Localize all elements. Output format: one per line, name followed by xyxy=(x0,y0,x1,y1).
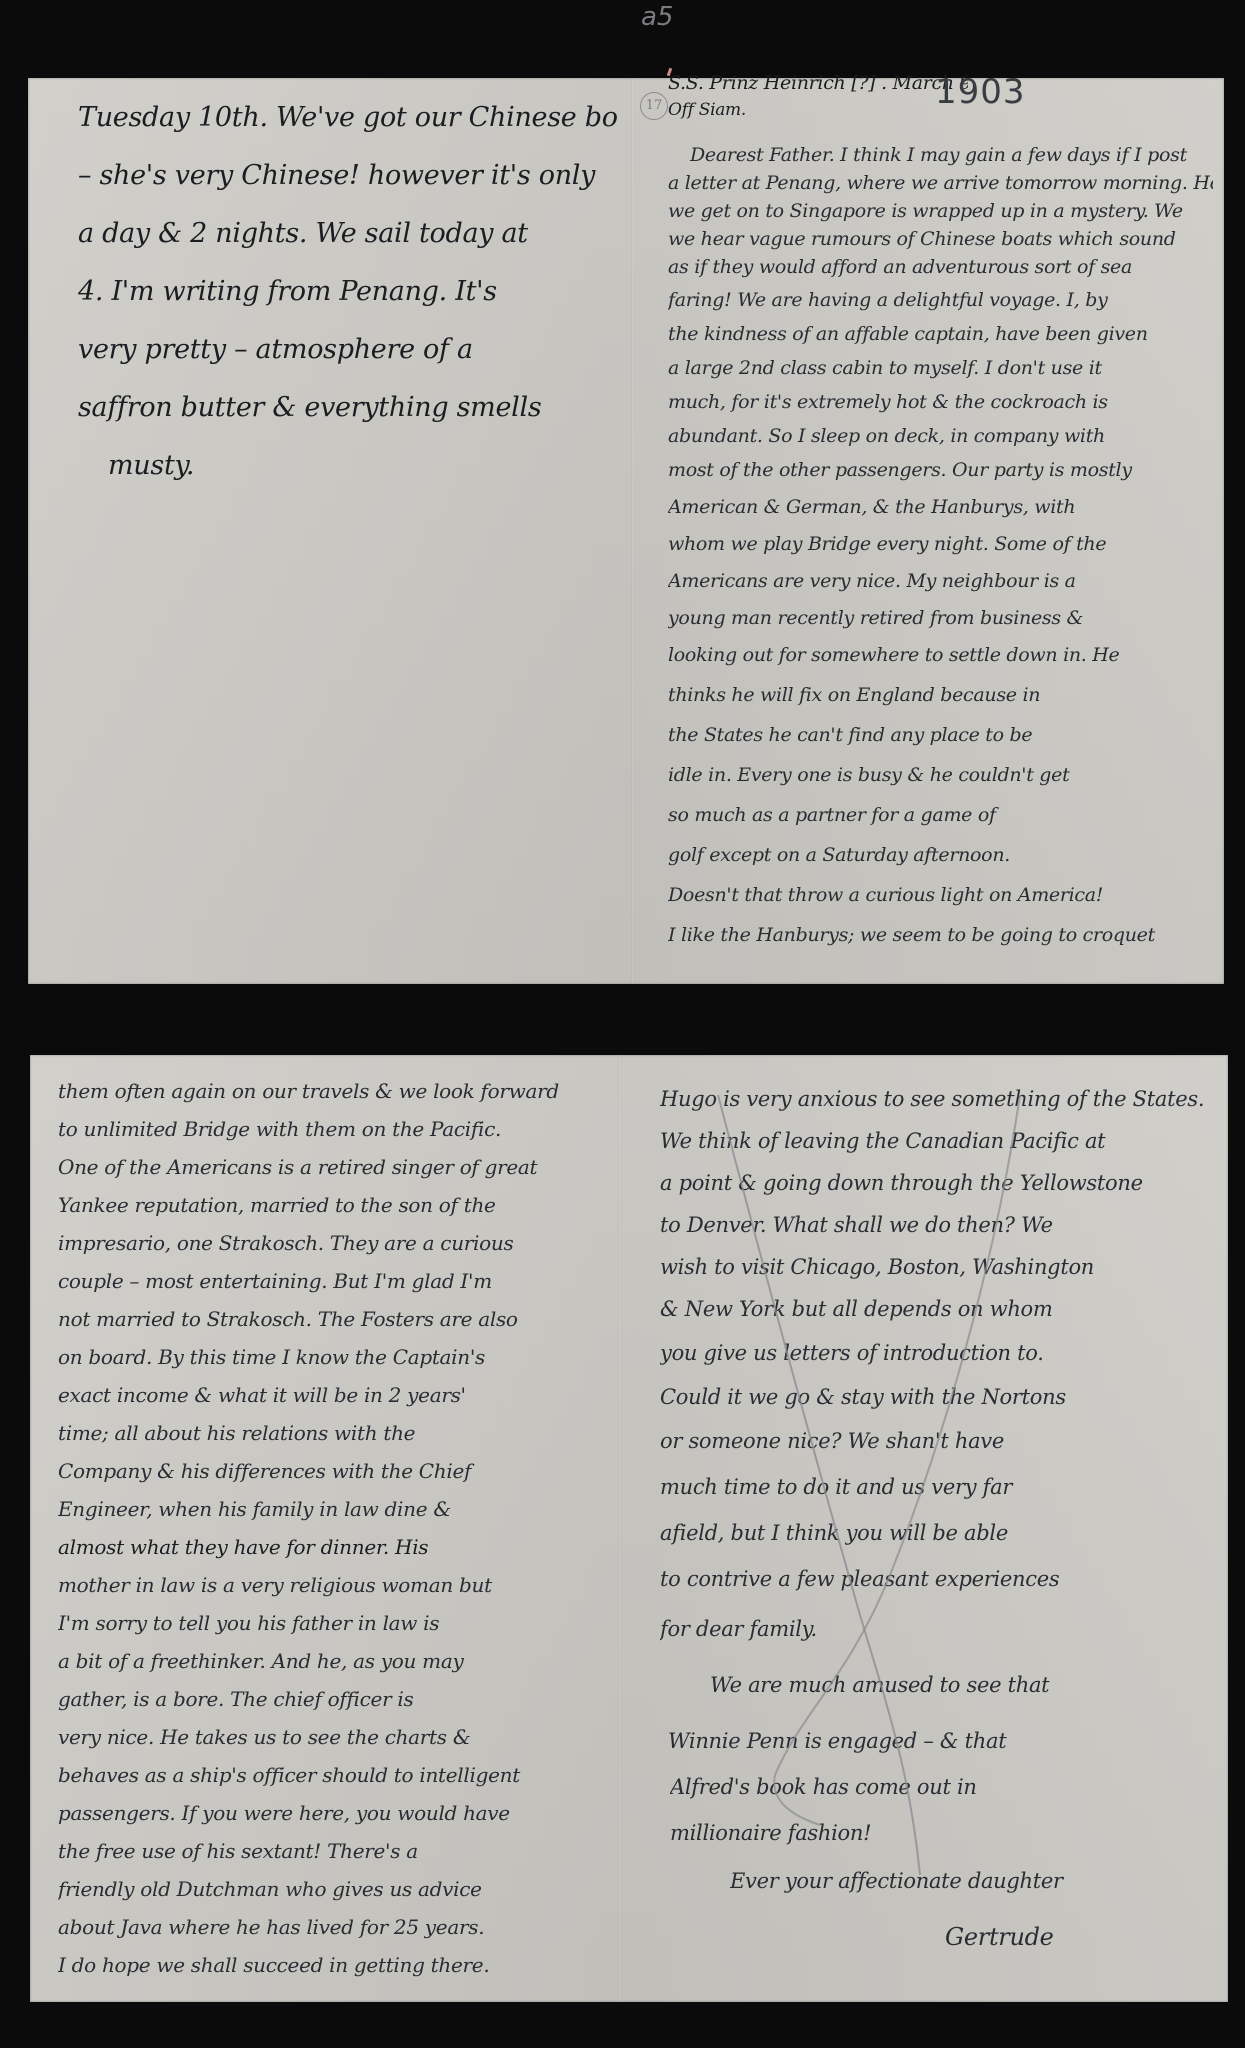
text-line: I'm sorry to tell you his father in law … xyxy=(58,1611,608,1635)
text-line: Could it we go & stay with the Nortons xyxy=(660,1385,1215,1409)
archive-folio-mark: a5 xyxy=(641,2,673,32)
text-line: exact income & what it will be in 2 year… xyxy=(58,1383,608,1407)
text-line: very pretty – atmosphere of a xyxy=(78,334,618,365)
text-line: we get on to Singapore is wrapped up in … xyxy=(668,200,1213,222)
text-line: as if they would afford an adventurous s… xyxy=(668,256,1213,278)
text-line: to contrive a few pleasant experiences xyxy=(660,1567,1215,1591)
text-line: One of the Americans is a retired singer… xyxy=(58,1155,608,1179)
text-line: idle in. Every one is busy & he couldn't… xyxy=(668,764,1213,786)
closing-line: Ever your affectionate daughter xyxy=(730,1869,1215,1893)
sheet-bottom: them often again on our travels & we loo… xyxy=(30,1055,1228,2002)
text-line: very nice. He takes us to see the charts… xyxy=(58,1725,608,1749)
text-line: Americans are very nice. My neighbour is… xyxy=(668,570,1213,592)
text-line: gather, is a bore. The chief officer is xyxy=(58,1687,608,1711)
text-line: not married to Strakosch. The Fosters ar… xyxy=(58,1307,608,1331)
text-line: mother in law is a very religious woman … xyxy=(58,1573,608,1597)
text-line: impresario, one Strakosch. They are a cu… xyxy=(58,1231,608,1255)
text-line: I like the Hanburys; we seem to be going… xyxy=(668,924,1213,946)
text-line: them often again on our travels & we loo… xyxy=(58,1079,608,1103)
text-line: the free use of his sextant! There's a xyxy=(58,1839,608,1863)
fold-line xyxy=(631,78,633,984)
text-line: young man recently retired from business… xyxy=(668,607,1213,629)
text-line: much, for it's extremely hot & the cockr… xyxy=(668,391,1213,413)
text-line: time; all about his relations with the xyxy=(58,1421,608,1445)
text-line: thinks he will fix on England because in xyxy=(668,684,1213,706)
text-line: or someone nice? We shan't have xyxy=(660,1429,1215,1453)
text-line: friendly old Dutchman who gives us advic… xyxy=(58,1877,608,1901)
text-line: about Java where he has lived for 25 yea… xyxy=(58,1915,608,1939)
text-line: musty. xyxy=(108,450,618,481)
sheet-top: Tuesday 10th. We've got our Chinese boat… xyxy=(28,78,1224,984)
text-line: Company & his differences with the Chief xyxy=(58,1459,608,1483)
text-line: I do hope we shall succeed in getting th… xyxy=(58,1953,608,1977)
text-line: saffron butter & everything smells xyxy=(78,392,618,423)
text-line: Yankee reputation, married to the son of… xyxy=(58,1193,608,1217)
text-line: 4. I'm writing from Penang. It's xyxy=(78,276,618,307)
text-line: almost what they have for dinner. His xyxy=(58,1535,608,1559)
page-top-left: Tuesday 10th. We've got our Chinese boat… xyxy=(78,78,618,984)
text-line: the kindness of an affable captain, have… xyxy=(668,323,1213,345)
text-line: you give us letters of introduction to. xyxy=(660,1341,1215,1365)
text-line: Winnie Penn is engaged – & that xyxy=(668,1729,1215,1753)
text-line: we hear vague rumours of Chinese boats w… xyxy=(668,228,1213,250)
page-top-right: S.S. Prinz Heinrich [?] . March 9 Off Si… xyxy=(668,78,1213,984)
text-line: Tuesday 10th. We've got our Chinese boat xyxy=(78,102,618,133)
text-line: couple – most entertaining. But I'm glad… xyxy=(58,1269,608,1293)
text-line: for dear family. xyxy=(660,1617,1215,1641)
text-line: American & German, & the Hanburys, with xyxy=(668,496,1213,518)
text-line: a day & 2 nights. We sail today at xyxy=(78,218,618,249)
page-bottom-right: Hugo is very anxious to see something of… xyxy=(660,1055,1215,2002)
text-line: much time to do it and us very far xyxy=(660,1475,1215,1499)
text-line: most of the other passengers. Our party … xyxy=(668,459,1213,481)
text-line: Dearest Father. I think I may gain a few… xyxy=(690,144,1213,166)
text-line: & New York but all depends on whom xyxy=(660,1297,1215,1321)
text-line: the States he can't find any place to be xyxy=(668,724,1213,746)
text-line: whom we play Bridge every night. Some of… xyxy=(668,533,1213,555)
text-line: Alfred's book has come out in xyxy=(670,1775,1215,1799)
text-line: abundant. So I sleep on deck, in company… xyxy=(668,425,1213,447)
ship-header: S.S. Prinz Heinrich [?] . March 9 xyxy=(668,72,968,94)
text-line: wish to visit Chicago, Boston, Washingto… xyxy=(660,1255,1215,1279)
text-line: faring! We are having a delightful voyag… xyxy=(668,289,1213,311)
text-line: behaves as a ship's officer should to in… xyxy=(58,1763,608,1787)
text-line: Engineer, when his family in law dine & xyxy=(58,1497,608,1521)
text-line: golf except on a Saturday afternoon. xyxy=(668,844,1213,866)
text-line: millionaire fashion! xyxy=(670,1821,1215,1845)
text-line: afield, but I think you will be able xyxy=(660,1521,1215,1545)
circled-page-number: 17 xyxy=(640,92,668,120)
text-line: to Denver. What shall we do then? We xyxy=(660,1213,1215,1237)
text-line: We are much amused to see that xyxy=(710,1673,1215,1697)
fold-line xyxy=(618,1055,620,2002)
text-line: We think of leaving the Canadian Pacific… xyxy=(660,1129,1215,1153)
letter-year: 1903 xyxy=(935,72,1026,112)
text-line: looking out for somewhere to settle down… xyxy=(668,644,1213,666)
text-line: a point & going down through the Yellows… xyxy=(660,1171,1215,1195)
text-line: Hugo is very anxious to see something of… xyxy=(660,1087,1215,1111)
text-line: Doesn't that throw a curious light on Am… xyxy=(668,884,1213,906)
text-line: on board. By this time I know the Captai… xyxy=(58,1345,608,1369)
text-line: – she's very Chinese! however it's only xyxy=(78,160,618,191)
text-line: passengers. If you were here, you would … xyxy=(58,1801,608,1825)
page-bottom-left: them often again on our travels & we loo… xyxy=(58,1055,608,2002)
signature: Gertrude xyxy=(945,1923,1215,1951)
text-line: to unlimited Bridge with them on the Pac… xyxy=(58,1117,608,1141)
text-line: a bit of a freethinker. And he, as you m… xyxy=(58,1649,608,1673)
text-line: a large 2nd class cabin to myself. I don… xyxy=(668,357,1213,379)
text-line: a letter at Penang, where we arrive tomo… xyxy=(668,172,1213,194)
text-line: so much as a partner for a game of xyxy=(668,804,1213,826)
